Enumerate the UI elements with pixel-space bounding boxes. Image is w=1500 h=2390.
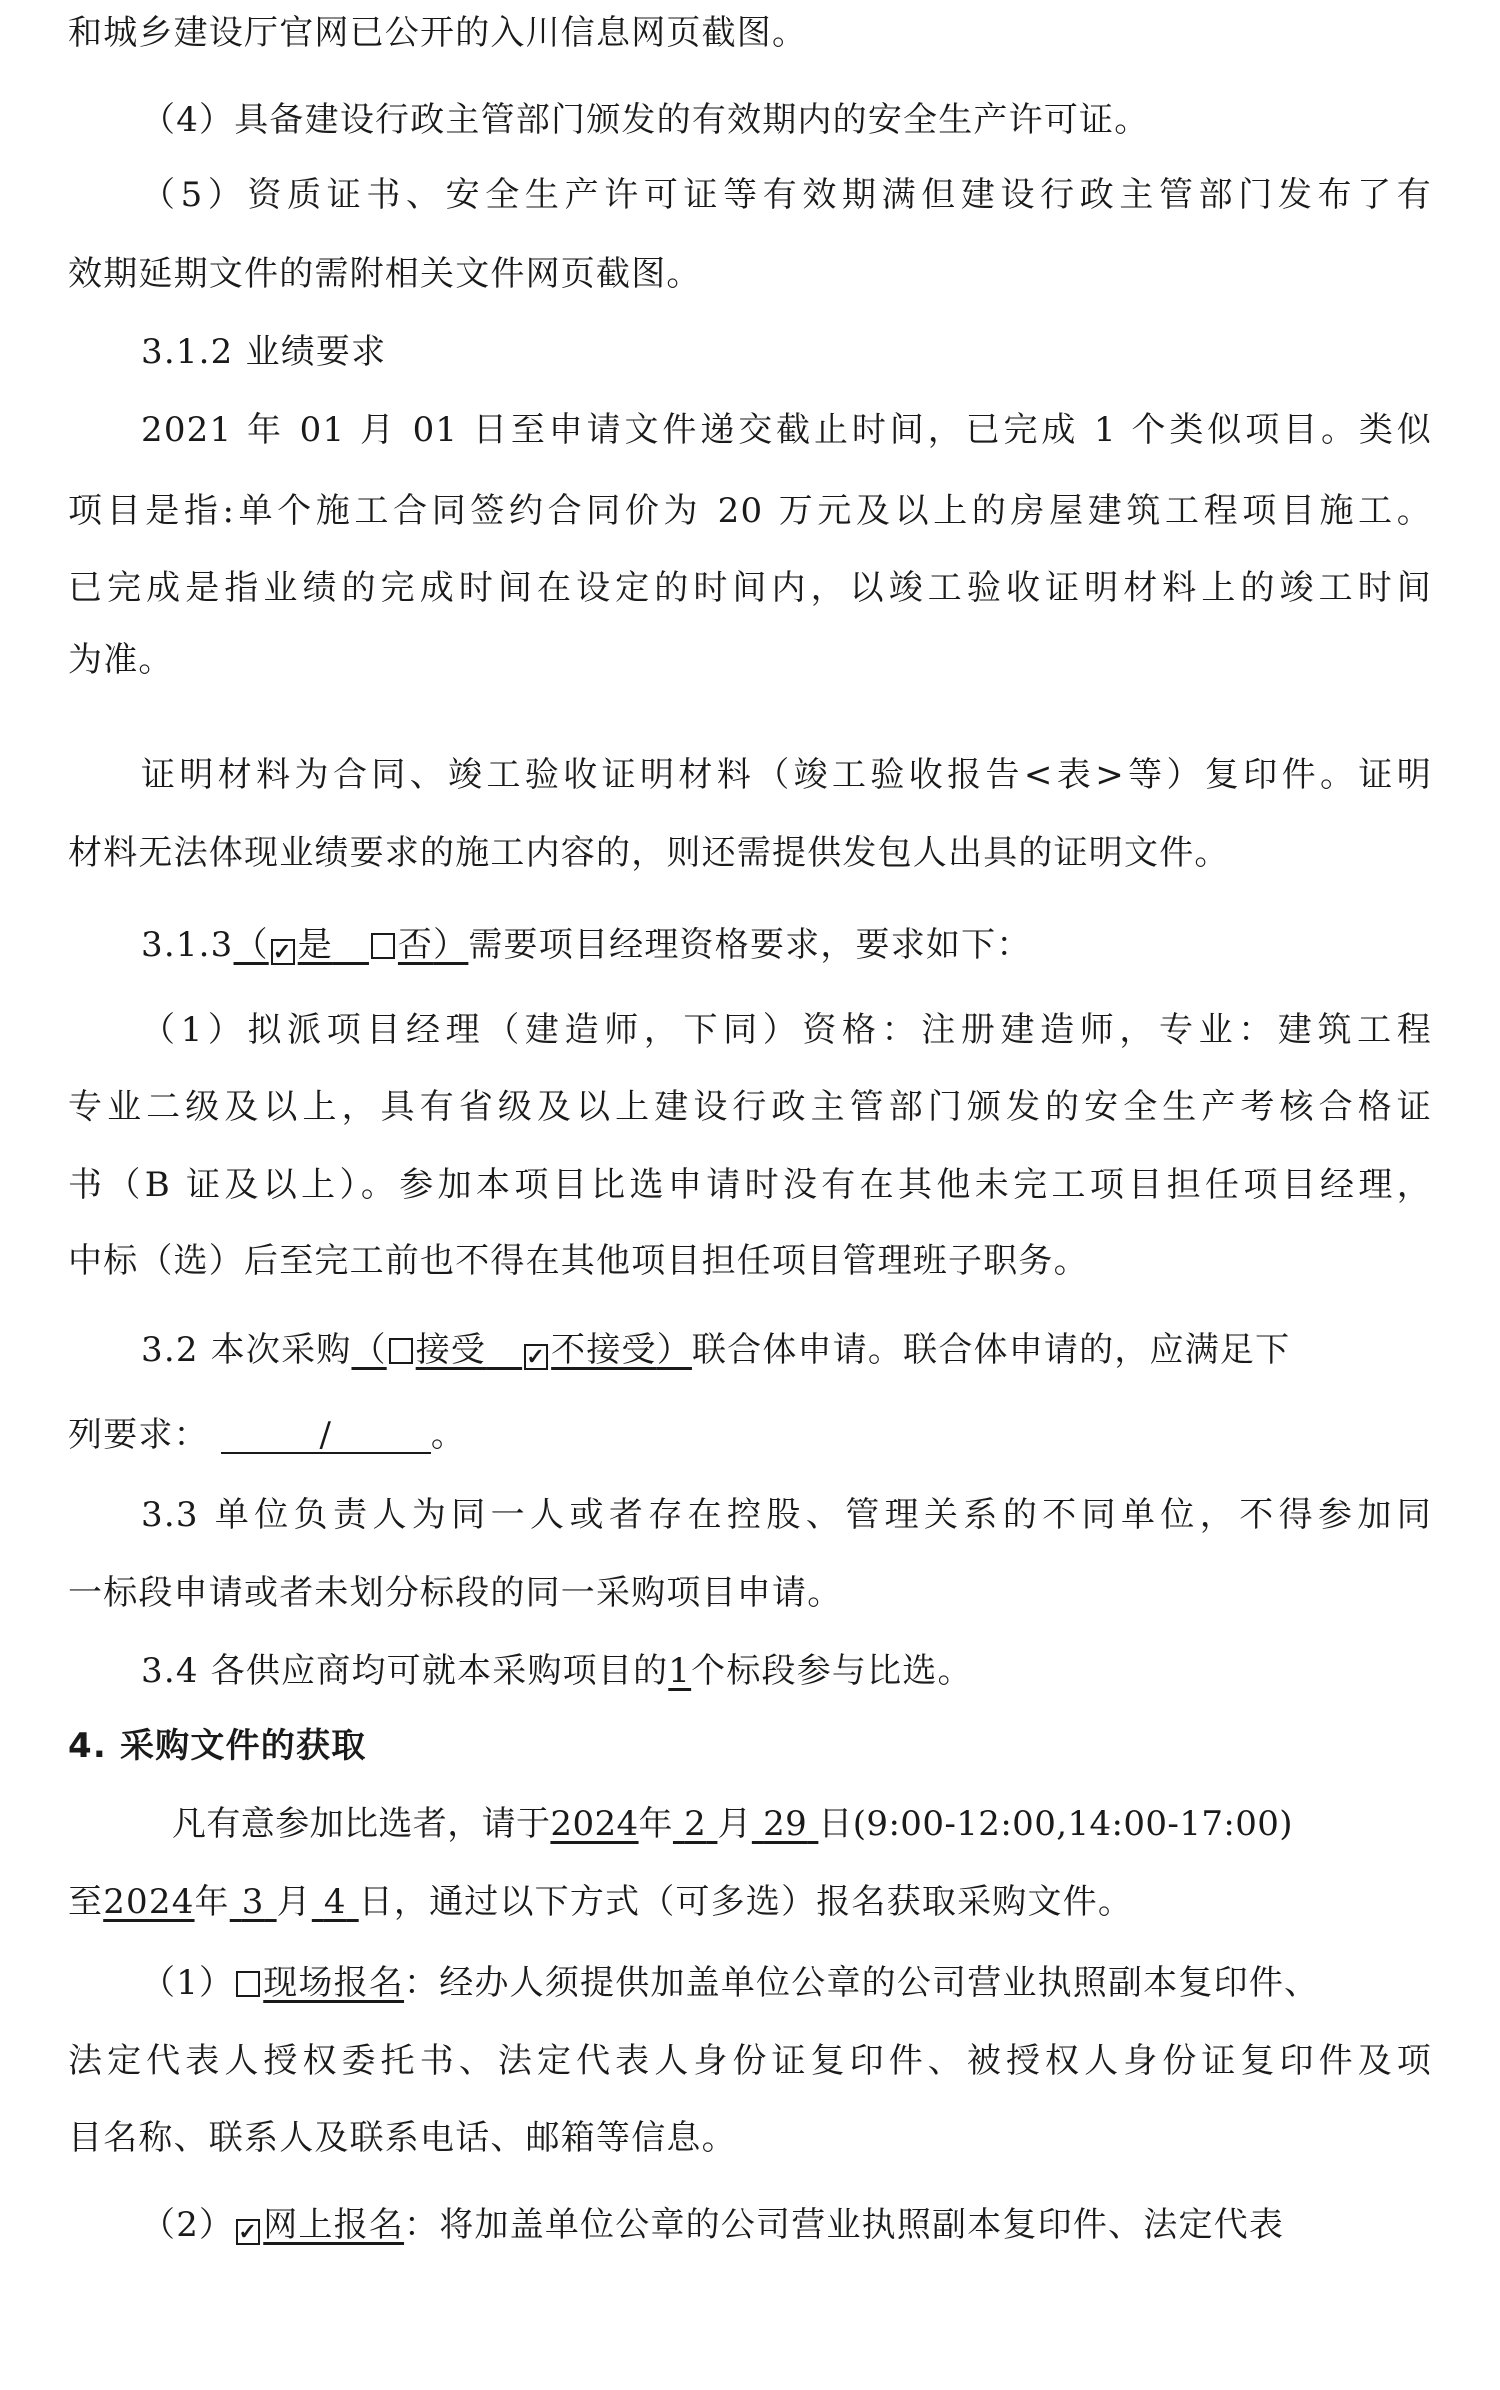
end-day: 4 <box>312 1882 359 1922</box>
fill-blank: / <box>221 1418 431 1454</box>
checkbox-checked-icon[interactable]: ✓ <box>236 2219 260 2245</box>
option-no-label: 否 <box>398 925 433 965</box>
consortium-options: （接受 ✓不接受） <box>351 1330 691 1370</box>
section-heading-4: 4. 采购文件的获取 <box>68 1726 1432 1766</box>
section-text: 3.4 各供应商均可就本采购项目的 <box>141 1651 668 1691</box>
item-number: （1） <box>141 1963 234 2003</box>
paragraph-line: 2021 年 01 月 01 日至申请文件递交截止时间，已完成 1 个类似项目。… <box>141 410 1432 450</box>
section-3-1-3-line: 3.1.3（✓是 否）需要项目经理资格要求，要求如下： <box>141 925 1432 965</box>
text: 年 <box>195 1882 230 1922</box>
paragraph-line: 书（B 证及以上）。参加本项目比选申请时没有在其他未完工项目担任项目经理， <box>68 1165 1432 1205</box>
text: 至 <box>68 1882 103 1922</box>
start-month: 2 <box>673 1804 717 1844</box>
section-text: 需要项目经理资格要求，要求如下： <box>468 925 1031 965</box>
paragraph-line: 证明材料为合同、竣工验收证明材料（竣工验收报告<表>等）复印件。证明 <box>141 755 1432 795</box>
end-month: 3 <box>230 1882 277 1922</box>
paragraph-line: 中标（选）后至完工前也不得在其他项目担任项目管理班子职务。 <box>68 1241 1432 1281</box>
text: ：经办人须提供加盖单位公章的公司营业执照副本复印件、 <box>404 1963 1319 2003</box>
online-registration-line: （2）✓网上报名：将加盖单位公章的公司营业执照副本复印件、法定代表 <box>141 2205 1432 2245</box>
registration-end-line: 至2024年 3 月 4 日，通过以下方式（可多选）报名获取采购文件。 <box>68 1882 1432 1922</box>
option-yes-label: 是 <box>298 925 333 965</box>
paragraph-line: 效期延期文件的需附相关文件网页截图。 <box>68 254 1432 294</box>
section-3-4-line: 3.4 各供应商均可就本采购项目的1个标段参与比选。 <box>141 1651 1432 1691</box>
end-year: 2024 <box>103 1882 194 1922</box>
paragraph-line: 一标段申请或者未划分标段的同一采购项目申请。 <box>68 1573 1432 1613</box>
option-accept-label: 接受 <box>416 1330 486 1370</box>
item-number: （2） <box>141 2205 234 2245</box>
requirements-line: 列要求： /。 <box>68 1415 1432 1455</box>
paren: （ <box>234 925 269 965</box>
punctuation: 。 <box>431 1415 466 1455</box>
checkbox-unchecked-icon[interactable] <box>389 1338 413 1364</box>
paragraph-line: 为准。 <box>68 640 1432 680</box>
section-text: 3.2 本次采购 <box>141 1330 351 1370</box>
section-3-3-line: 3.3 单位负责人为同一人或者存在控股、管理关系的不同单位，不得参加同 <box>141 1495 1432 1535</box>
section-heading-3-1-2: 3.1.2 业绩要求 <box>141 332 1432 372</box>
paren: ） <box>433 925 468 965</box>
text: ：将加盖单位公章的公司营业执照副本复印件、法定代表 <box>404 2205 1284 2245</box>
paragraph-line: （1）拟派项目经理（建造师，下同）资格：注册建造师，专业：建筑工程 <box>141 1010 1432 1050</box>
section-text: 联合体申请。联合体申请的，应满足下 <box>692 1330 1290 1370</box>
item-5-line: （5）资质证书、安全生产许可证等有效期满但建设行政主管部门发布了有 <box>141 175 1432 215</box>
section-3-2-line: 3.2 本次采购（接受 ✓不接受）联合体申请。联合体申请的，应满足下 <box>141 1330 1432 1370</box>
section-text: 个标段参与比选。 <box>691 1651 973 1691</box>
paragraph-line: 项目是指:单个施工合同签约合同价为 20 万元及以上的房屋建筑工程项目施工。 <box>68 491 1432 531</box>
checkbox-checked-icon[interactable]: ✓ <box>271 939 295 965</box>
option-label: 网上报名 <box>263 2205 404 2245</box>
item-4-line: （4）具备建设行政主管部门颁发的有效期内的安全生产许可证。 <box>141 100 1432 140</box>
lot-count: 1 <box>668 1651 691 1691</box>
option-reject-label: 不接受 <box>551 1330 657 1370</box>
text: 年 <box>639 1804 673 1844</box>
online-registration-option[interactable]: ✓网上报名 <box>234 2205 404 2245</box>
label: 列要求： <box>68 1415 209 1455</box>
checkbox-unchecked-icon[interactable] <box>371 933 395 959</box>
paragraph-line: 和城乡建设厅官网已公开的入川信息网页截图。 <box>68 13 1432 53</box>
start-year: 2024 <box>550 1804 638 1844</box>
checkbox-checked-icon[interactable]: ✓ <box>524 1344 548 1370</box>
registration-date-line: 凡有意参加比选者，请于2024年 2 月 29 日(9:00-12:00,14:… <box>172 1804 1432 1844</box>
text: 月 <box>717 1804 751 1844</box>
hours-text: 日(9:00-12:00,14:00-17:00) <box>818 1804 1293 1844</box>
paren: ） <box>657 1330 692 1370</box>
onsite-registration-line: （1）现场报名：经办人须提供加盖单位公章的公司营业执照副本复印件、 <box>141 1963 1432 2003</box>
paragraph-line: 专业二级及以上，具有省级及以上建设行政主管部门颁发的安全生产考核合格证 <box>68 1087 1432 1127</box>
paragraph-line: 目名称、联系人及联系电话、邮箱等信息。 <box>68 2118 1432 2158</box>
section-number: 3.1.3 <box>141 925 234 965</box>
paragraph-line: 已完成是指业绩的完成时间在设定的时间内，以竣工验收证明材料上的竣工时间 <box>68 568 1432 608</box>
text: 凡有意参加比选者，请于 <box>172 1804 550 1844</box>
text: 月 <box>277 1882 312 1922</box>
pm-required-options: （✓是 否） <box>234 925 469 965</box>
option-label: 现场报名 <box>263 1963 404 2003</box>
start-day: 29 <box>752 1804 819 1844</box>
paragraph-line: 材料无法体现业绩要求的施工内容的，则还需提供发包人出具的证明文件。 <box>68 833 1432 873</box>
paragraph-line: 法定代表人授权委托书、法定代表人身份证复印件、被授权人身份证复印件及项 <box>68 2041 1432 2081</box>
paren: （ <box>351 1330 386 1370</box>
onsite-registration-option[interactable]: 现场报名 <box>234 1963 404 2003</box>
checkbox-unchecked-icon[interactable] <box>236 1971 260 1997</box>
text: 日，通过以下方式（可多选）报名获取采购文件。 <box>359 1882 1133 1922</box>
